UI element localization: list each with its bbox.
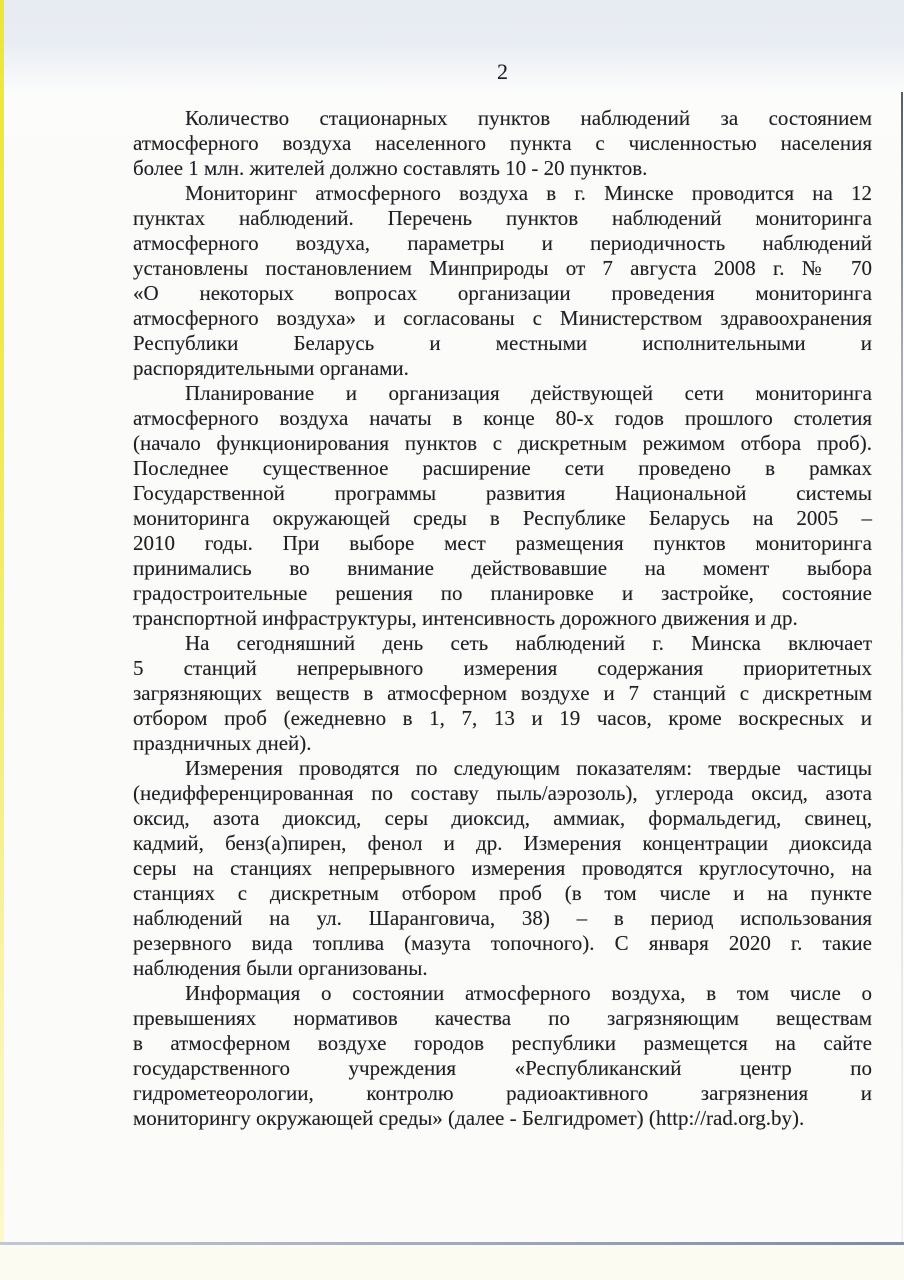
text-line: резервного вида топлива (мазута топочног…: [133, 931, 872, 956]
paragraph: Количество стационарных пунктов наблюден…: [133, 106, 872, 181]
text-line: станциях с дискретным отбором проб (в то…: [133, 881, 872, 906]
document-text: Количество стационарных пунктов наблюден…: [133, 106, 872, 1131]
text-line: мониторингу окружающей среды» (далее - Б…: [133, 1106, 872, 1131]
text-line: 5 станций непрерывного измерения содержа…: [133, 656, 872, 681]
text-line: оксид, азота диоксид, серы диоксид, амми…: [133, 806, 872, 831]
text-line: атмосферного воздуха» и согласованы с Ми…: [133, 306, 872, 331]
text-line: Информация о состоянии атмосферного возд…: [133, 981, 872, 1006]
paragraph: Информация о состоянии атмосферного возд…: [133, 981, 872, 1131]
text-line: атмосферного воздуха населенного пункта …: [133, 131, 872, 156]
text-line: наблюдений на ул. Шаранговича, 38) – в п…: [133, 906, 872, 931]
text-line: пунктах наблюдений. Перечень пунктов наб…: [133, 206, 872, 231]
text-line: Измерения проводятся по следующим показа…: [133, 756, 872, 781]
paragraph: На сегодняшний день сеть наблюдений г. М…: [133, 631, 872, 756]
text-line: градостроительные решения по планировке …: [133, 581, 872, 606]
text-line: атмосферного воздуха начаты в конце 80-х…: [133, 406, 872, 431]
text-line: атмосферного воздуха, параметры и период…: [133, 231, 872, 256]
text-line: наблюдения были организованы.: [133, 956, 872, 981]
paragraph: Планирование и организация действующей с…: [133, 381, 872, 631]
text-line: кадмий, бенз(а)пирен, фенол и др. Измере…: [133, 831, 872, 856]
text-line: Республики Беларусь и местными исполните…: [133, 331, 872, 356]
text-line: отбором проб (ежедневно в 1, 7, 13 и 19 …: [133, 706, 872, 731]
text-line: превышениях нормативов качества по загря…: [133, 1006, 872, 1031]
text-line: Планирование и организация действующей с…: [133, 381, 872, 406]
text-line: государственного учреждения «Республикан…: [133, 1056, 872, 1081]
text-line: серы на станциях непрерывного измерения …: [133, 856, 872, 881]
text-line: 2010 годы. При выборе мест размещения пу…: [133, 531, 872, 556]
text-line: «О некоторых вопросах организации провед…: [133, 281, 872, 306]
text-line: более 1 млн. жителей должно составлять 1…: [133, 156, 872, 181]
text-line: принимались во внимание действовавшие на…: [133, 556, 872, 581]
document-content: 2 Количество стационарных пунктов наблюд…: [133, 58, 872, 1131]
text-line: Мониторинг атмосферного воздуха в г. Мин…: [133, 181, 872, 206]
scan-bottom-strip: [0, 1245, 904, 1280]
text-line: загрязняющих веществ в атмосферном возду…: [133, 681, 872, 706]
text-line: (начало функционирования пунктов с дискр…: [133, 431, 872, 456]
paragraph: Измерения проводятся по следующим показа…: [133, 756, 872, 981]
text-line: Количество стационарных пунктов наблюден…: [133, 106, 872, 131]
text-line: праздничных дней).: [133, 731, 872, 756]
text-line: транспортной инфраструктуры, интенсивнос…: [133, 606, 872, 631]
text-line: (недифференцированная по составу пыль/аэ…: [133, 781, 872, 806]
text-line: На сегодняшний день сеть наблюдений г. М…: [133, 631, 872, 656]
scan-left-edge-strip: [0, 0, 4, 1280]
paragraph: Мониторинг атмосферного воздуха в г. Мин…: [133, 181, 872, 381]
text-line: Государственной программы развития Нацио…: [133, 481, 872, 506]
page-number: 2: [133, 58, 872, 86]
text-line: Последнее существенное расширение сети п…: [133, 456, 872, 481]
scan-right-edge-line: [901, 92, 903, 1280]
text-line: установлены постановлением Минприроды от…: [133, 256, 872, 281]
text-line: в атмосферном воздухе городов республики…: [133, 1031, 872, 1056]
text-line: гидрометеорологии, контролю радиоактивно…: [133, 1081, 872, 1106]
text-line: распорядительными органами.: [133, 356, 872, 381]
text-line: мониторинга окружающей среды в Республик…: [133, 506, 872, 531]
document-page: 2 Количество стационарных пунктов наблюд…: [0, 0, 904, 1280]
